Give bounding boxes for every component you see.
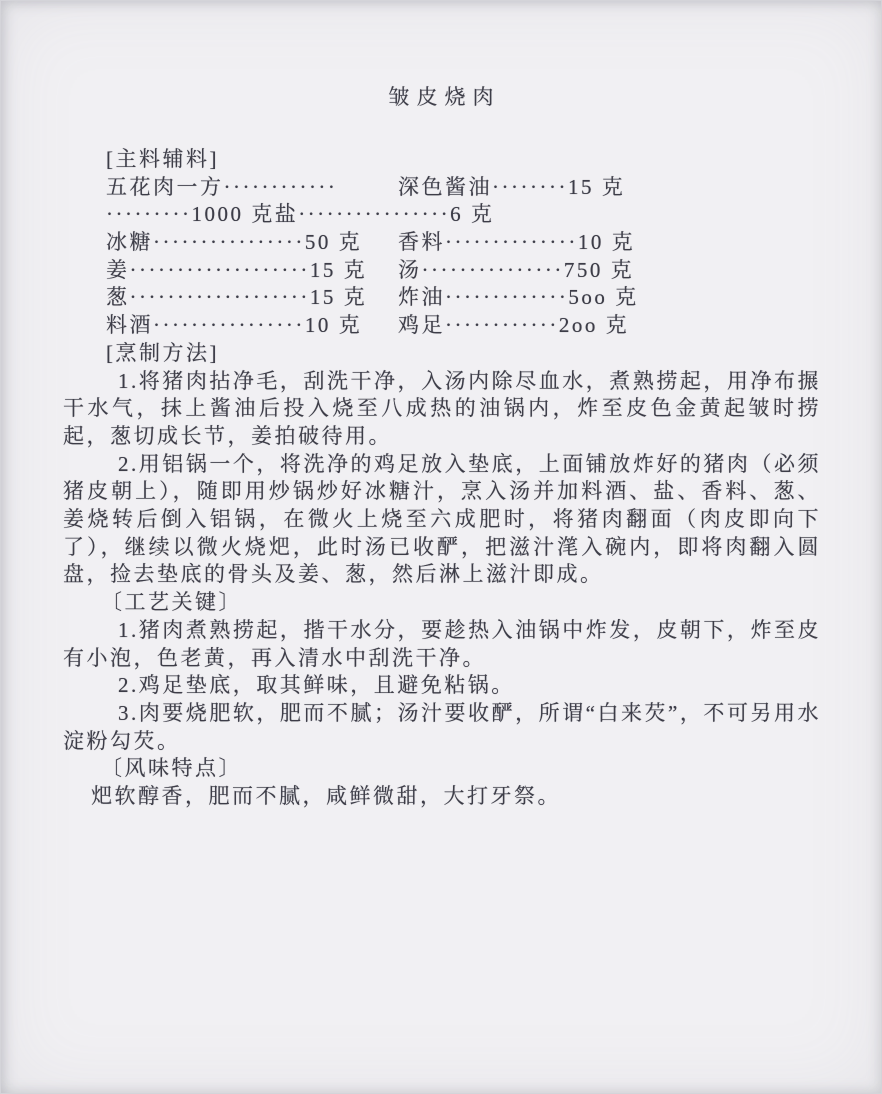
ingredient-cell: 香料··············10 克: [398, 229, 635, 257]
ingredient-row: 葱···················15 克 炸油·············…: [63, 284, 821, 312]
ingredient-row: 料酒················10 克 鸡足············2oo…: [63, 312, 821, 340]
ingredient-cell: 葱···················15 克: [106, 284, 367, 312]
ingredient-cell: 炸油·············5oo 克: [398, 284, 639, 312]
ingredient-row: 五花肉一方············ 深色酱油········15 克: [63, 174, 821, 202]
ingredient-row: ·········1000 克盐················6 克: [63, 201, 821, 229]
scanned-recipe-page: 皱皮烧肉 [主料辅料] 五花肉一方············ 深色酱油······…: [0, 0, 882, 1094]
ingredient-cell: 深色酱油········15 克: [398, 174, 625, 202]
section-header-method: [烹制方法]: [106, 340, 821, 368]
technique-point: 1.猪肉煮熟捞起，揩干水分，要趁热入油锅中炸发，皮朝下，炸至皮有小泡，色老黄，再…: [63, 617, 821, 672]
technique-point: 2.鸡足垫底，取其鲜味，且避免粘锅。: [63, 672, 821, 700]
page-content: [主料辅料] 五花肉一方············ 深色酱油········15 …: [63, 146, 821, 811]
ingredient-row: 姜···················15 克 汤··············…: [63, 257, 821, 285]
flavor-description: 𤆵软醇香，肥而不腻，咸鲜微甜，大打牙祭。: [63, 783, 821, 811]
ingredient-cell: 冰糖················50 克: [106, 229, 362, 257]
ingredient-cell: 五花肉一方············: [106, 174, 337, 202]
page-title: 皱皮烧肉: [0, 84, 882, 112]
ingredient-cell: 料酒················10 克: [106, 312, 362, 340]
method-step: 2.用铝锅一个，将洗净的鸡足放入垫底，上面铺放炸好的猪肉（必须猪皮朝上），随即用…: [63, 451, 821, 590]
technique-point: 3.肉要烧肥软，肥而不腻；汤汁要收酽，所谓“白来芡”，不可另用水淀粉勾芡。: [63, 700, 821, 755]
method-step: 1.将猪肉拈净毛，刮洗干净，入汤内除尽血水，煮熟捞起，用净布搌干水气，抹上酱油后…: [63, 368, 821, 451]
ingredient-cell: 姜···················15 克: [106, 257, 367, 285]
ingredient-cell: ·········1000 克盐················6 克: [106, 201, 494, 229]
section-header-technique: 〔工艺关键〕: [101, 589, 821, 617]
ingredient-cell: 汤···············750 克: [398, 257, 634, 285]
ingredient-row: 冰糖················50 克 香料··············1…: [63, 229, 821, 257]
section-header-flavor: 〔风味特点〕: [101, 755, 821, 783]
section-header-ingredients: [主料辅料]: [106, 146, 821, 174]
ingredient-cell: 鸡足············2oo 克: [398, 312, 629, 340]
